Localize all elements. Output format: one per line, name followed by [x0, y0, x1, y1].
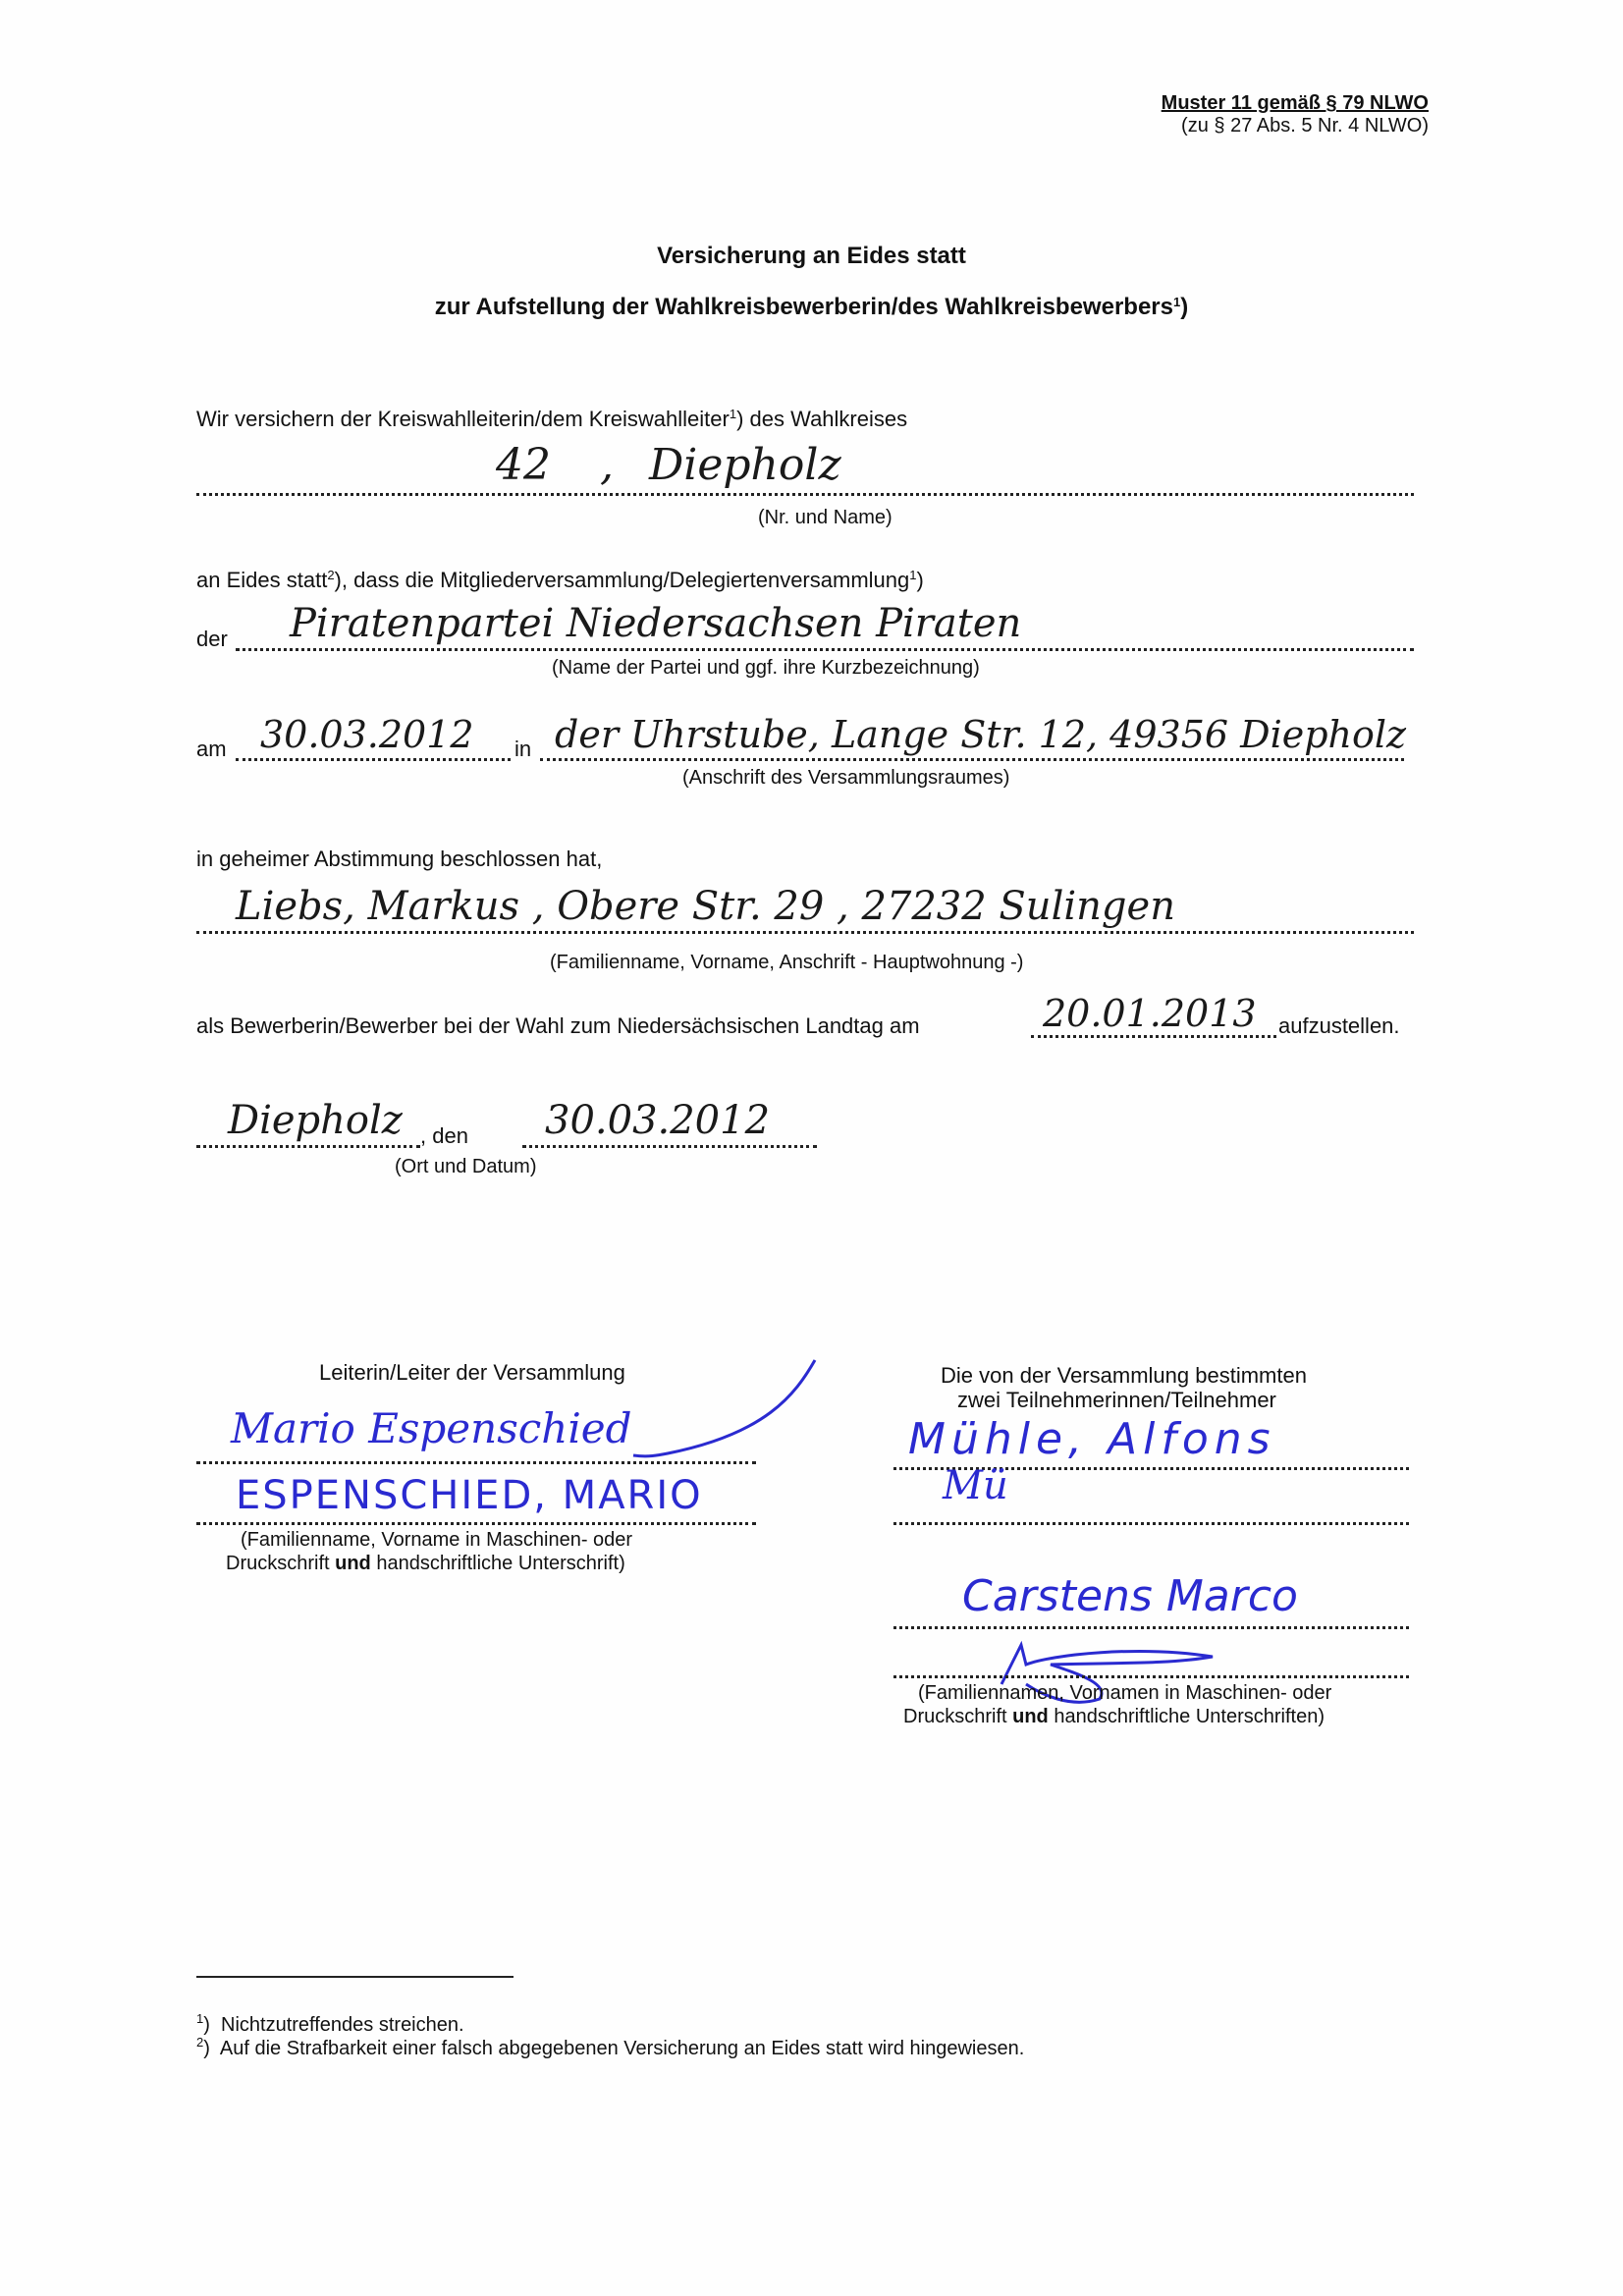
ort-field[interactable]: Diepholz — [228, 1098, 403, 1143]
left-sig-caption1: (Familienname, Vorname in Maschinen- ode… — [241, 1528, 632, 1552]
intro-end: ) — [916, 568, 923, 592]
document-subtitle: zur Aufstellung der Wahlkreisbewerberin/… — [0, 295, 1623, 320]
footnote-rule — [196, 1976, 514, 1978]
right-sig-caption2: Druckschrift und handschriftliche Unters… — [903, 1705, 1325, 1728]
right-sig-line3 — [893, 1626, 1409, 1629]
participant1-signature[interactable]: Mü — [943, 1463, 1008, 1508]
ort-date-line — [522, 1145, 817, 1148]
wahlkreis-line — [196, 493, 1414, 496]
partei-line — [236, 648, 1414, 651]
wahlkreis-caption: (Nr. und Name) — [758, 506, 893, 529]
bewerber-field[interactable]: Liebs, Markus , Obere Str. 29 , 27232 Su… — [236, 884, 1175, 929]
participant2-name[interactable]: Carstens Marco — [962, 1571, 1298, 1621]
footnote-text: Auf die Strafbarkeit einer falsch abgege… — [220, 2038, 1024, 2059]
intro-b: ), dass die Mitgliederversammlung/Delegi… — [335, 568, 910, 592]
caption-bold: und — [335, 1553, 371, 1574]
left-sig-caption2: Druckschrift und handschriftliche Unters… — [226, 1552, 625, 1575]
date-line — [236, 758, 511, 761]
subtitle-paren: ) — [1180, 294, 1188, 320]
wahlkreis-sep: , — [600, 440, 614, 490]
in-prefix: in — [514, 737, 531, 762]
footnote-mark: 1 — [196, 2011, 203, 2026]
footnote-1: 1) Nichtzutreffendes streichen. — [196, 2013, 464, 2037]
left-sig-line1 — [196, 1461, 756, 1464]
footnote-ref: 1 — [730, 407, 736, 421]
right-sig-line2 — [893, 1522, 1409, 1525]
wahl-date-field[interactable]: 20.01.2013 — [1043, 992, 1257, 1035]
footnote-mark: 2 — [196, 2035, 203, 2050]
signature-flourish-icon — [628, 1355, 825, 1463]
versammlung-address-field[interactable]: der Uhrstube, Lange Str. 12, 49356 Dieph… — [555, 713, 1406, 756]
caption-bold: und — [1012, 1706, 1049, 1727]
document-title: Versicherung an Eides statt — [0, 244, 1623, 269]
den-label: , den — [420, 1123, 468, 1149]
partei-prefix: der — [196, 627, 228, 652]
right-sig-heading1: Die von der Versammlung bestimmten — [941, 1363, 1307, 1389]
intro-text: Wir versichern der Kreiswahlleiterin/dem… — [196, 407, 730, 431]
caption-part: handschriftliche Unterschrift) — [371, 1553, 625, 1574]
bewerber-intro: in geheimer Abstimmung beschlossen hat, — [196, 847, 602, 872]
wahl-suffix: aufzustellen. — [1278, 1013, 1400, 1039]
bewerber-line — [196, 931, 1414, 934]
footnote-ref: 2 — [327, 568, 334, 582]
versammlung-caption: (Anschrift des Versammlungsraumes) — [682, 766, 1009, 790]
ort-caption: (Ort und Datum) — [395, 1155, 536, 1178]
right-sig-caption1: (Familiennamen, Vornamen in Maschinen- o… — [918, 1681, 1331, 1705]
left-print-name[interactable]: ESPENSCHIED, MARIO — [236, 1473, 703, 1518]
wahl-text: als Bewerberin/Bewerber bei der Wahl zum… — [196, 1013, 920, 1039]
form-reference-sub: (zu § 27 Abs. 5 Nr. 4 NLWO) — [1181, 113, 1429, 138]
right-sig-heading2: zwei Teilnehmerinnen/Teilnehmer — [957, 1388, 1276, 1413]
wahlkreis-nr: 42 — [496, 440, 551, 490]
ort-date-field[interactable]: 30.03.2012 — [545, 1098, 770, 1143]
footnote-2: 2) Auf die Strafbarkeit einer falsch abg… — [196, 2037, 1024, 2060]
caption-part: handschriftliche Unterschriften) — [1049, 1706, 1325, 1727]
wahlkreis-intro: Wir versichern der Kreiswahlleiterin/dem… — [196, 407, 907, 432]
intro-a: an Eides statt — [196, 568, 327, 592]
wahlkreis-name: Diepholz — [649, 440, 841, 490]
address-line — [540, 758, 1404, 761]
left-sig-heading: Leiterin/Leiter der Versammlung — [319, 1360, 625, 1386]
left-signature[interactable]: Mario Espenschied — [231, 1404, 632, 1452]
partei-caption: (Name der Partei und ggf. ihre Kurzbezei… — [552, 656, 980, 680]
participant1-name[interactable]: Mühle, Alfons — [908, 1414, 1276, 1464]
wahlkreis-field[interactable]: 42 , Diepholz — [496, 440, 841, 490]
right-sig-line4 — [893, 1675, 1409, 1678]
left-sig-line2 — [196, 1522, 756, 1525]
footnote-text: Nichtzutreffendes streichen. — [221, 2014, 464, 2036]
subtitle-text: zur Aufstellung der Wahlkreisbewerberin/… — [435, 294, 1173, 320]
am-prefix: am — [196, 737, 227, 762]
caption-part: Druckschrift — [226, 1553, 335, 1574]
caption-part: Druckschrift — [903, 1706, 1012, 1727]
ort-line — [196, 1145, 420, 1148]
bewerber-caption: (Familienname, Vorname, Anschrift - Haup… — [550, 951, 1023, 974]
intro-end: ) des Wahlkreises — [736, 407, 907, 431]
versammlung-date-field[interactable]: 30.03.2012 — [260, 713, 474, 756]
wahl-date-line — [1031, 1035, 1276, 1038]
partei-field[interactable]: Piratenpartei Niedersachsen Piraten — [290, 601, 1021, 646]
partei-intro: an Eides statt2), dass die Mitgliederver… — [196, 568, 924, 593]
